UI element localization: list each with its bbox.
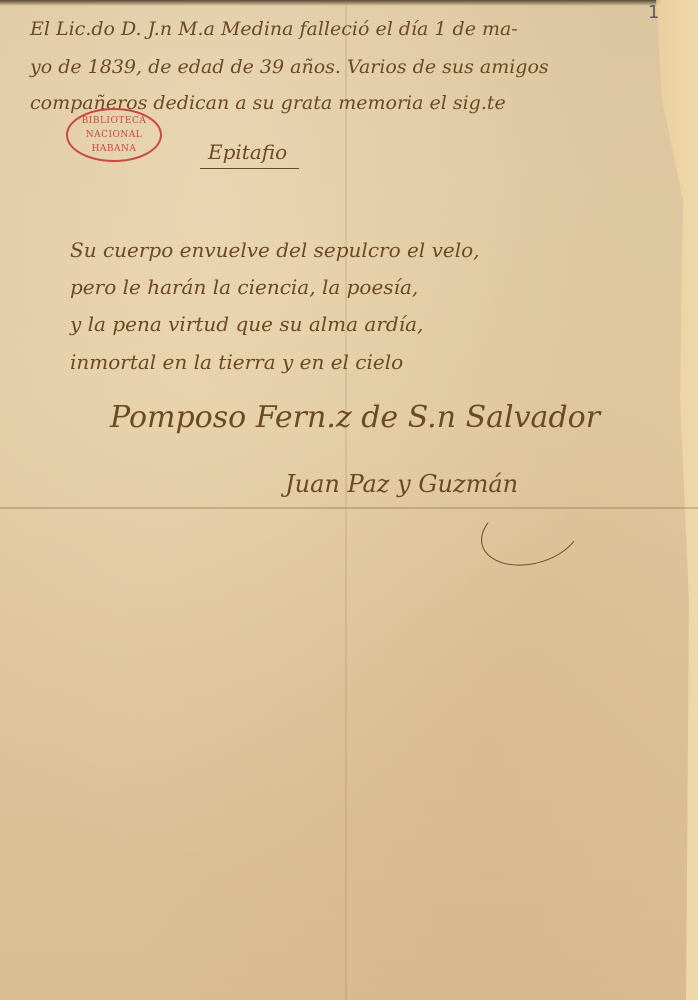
- signature-2: Juan Paz y Guzmán: [285, 470, 518, 498]
- verse-line-2: pero le harán la ciencia, la poesía,: [70, 275, 418, 299]
- header-line-2: yo de 1839, de edad de 39 años. Varios d…: [30, 56, 549, 78]
- verse-line-4: inmortal en la tierra y en el cielo: [70, 350, 403, 374]
- vertical-fold-crease: [345, 0, 347, 1000]
- library-stamp: BIBLIOTECA NACIONAL HABANA: [66, 108, 162, 162]
- stamp-line-1: BIBLIOTECA: [68, 114, 160, 128]
- verse-line-1: Su cuerpo envuelve del sepulcro el velo,: [70, 238, 480, 262]
- signature-1: Pomposo Fern.z de S.n Salvador: [110, 400, 600, 435]
- epitaph-title: Epitafio: [200, 140, 299, 169]
- page-number: 1: [648, 2, 659, 23]
- stamp-line-3: HABANA: [68, 142, 160, 156]
- manuscript-page: 1 El Lic.do D. J.n M.a Medina falleció e…: [0, 0, 698, 1000]
- header-line-1: El Lic.do D. J.n M.a Medina falleció el …: [30, 18, 518, 40]
- signature-rubric-flourish: [473, 488, 588, 576]
- torn-right-edge: [638, 0, 698, 1000]
- verse-line-3: y la pena virtud que su alma ardía,: [70, 312, 423, 336]
- paper-top-edge: [0, 0, 698, 6]
- stamp-line-2: NACIONAL: [68, 128, 160, 142]
- horizontal-fold-crease: [0, 507, 698, 509]
